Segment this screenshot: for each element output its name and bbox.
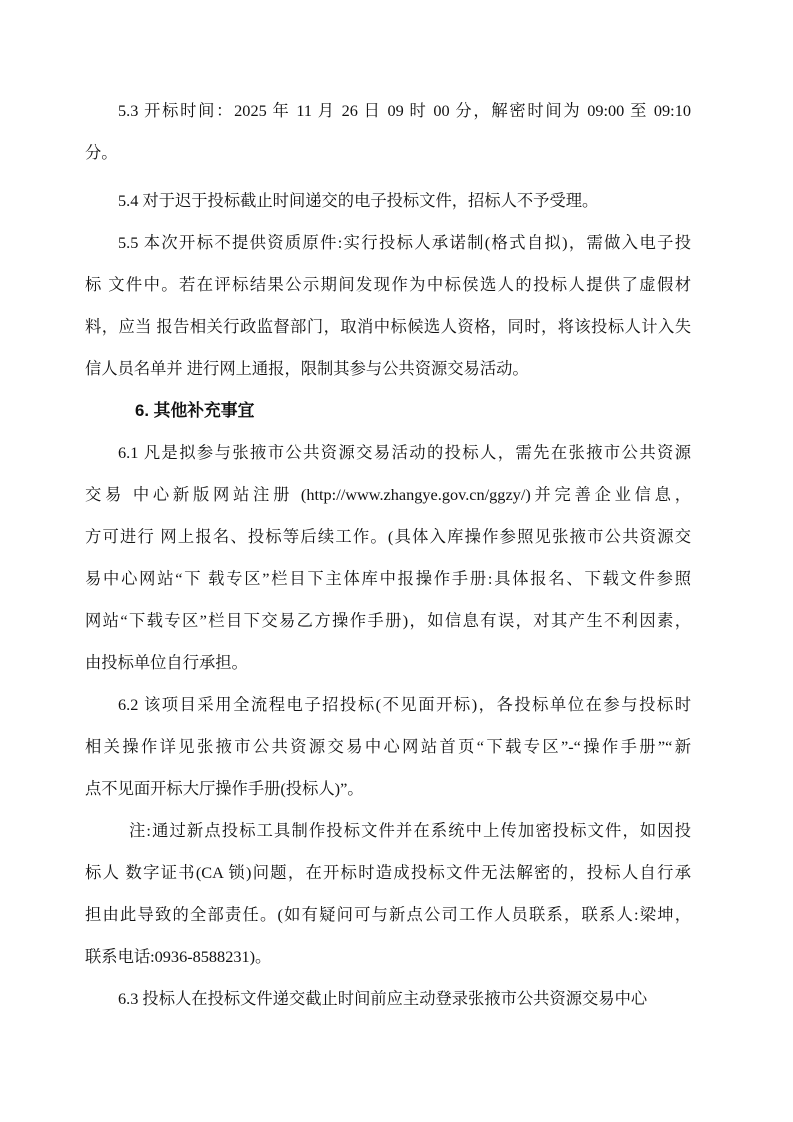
- text-line: 分。: [85, 132, 691, 174]
- text-line: 6.2 该项目采用全流程电子招投标(不见面开标)，各投标单位在参与投标时: [85, 684, 691, 726]
- text-line: 交易 中心新版网站注册 (http://www.zhangye.gov.cn/g…: [85, 474, 691, 516]
- text-line: 5.3 开标时间：2025 年 11 月 26 日 09 时 00 分，解密时间…: [85, 90, 691, 132]
- text-line: 网站“下载专区”栏目下交易乙方操作手册)，如信息有误，对其产生不利因素，: [85, 600, 691, 642]
- para-note-ca-lock: 注:通过新点投标工具制作投标文件并在系统中上传加密投标文件，如因投标人 数字证书…: [85, 810, 691, 978]
- para-6-1-registration: 6.1 凡是拟参与张掖市公共资源交易活动的投标人，需先在张掖市公共资源交易 中心…: [85, 432, 691, 684]
- text-line: 联系电话:0936-8588231)。: [85, 936, 691, 978]
- document-page: 5.3 开标时间：2025 年 11 月 26 日 09 时 00 分，解密时间…: [0, 0, 793, 1122]
- para-6-2-electronic-bidding: 6.2 该项目采用全流程电子招投标(不见面开标)，各投标单位在参与投标时相关操作…: [85, 684, 691, 810]
- para-5-3-opening-time: 5.3 开标时间：2025 年 11 月 26 日 09 时 00 分，解密时间…: [85, 90, 691, 174]
- text-line: 5.5 本次开标不提供资质原件:实行投标人承诺制(格式自拟)，需做入电子投: [85, 222, 691, 264]
- para-6-3-login-before-deadline: 6.3 投标人在投标文件递交截止时间前应主动登录张掖市公共资源交易中心: [85, 978, 691, 1020]
- text-line: 6.1 凡是拟参与张掖市公共资源交易活动的投标人，需先在张掖市公共资源: [85, 432, 691, 474]
- text-line: 标 文件中。若在评标结果公示期间发现作为中标侯选人的投标人提供了虚假材: [85, 264, 691, 306]
- text-line: 易中心网站“下 载专区”栏目下主体库中报操作手册:具体报名、下载文件参照: [85, 558, 691, 600]
- text-line: 点不见面开标大厅操作手册(投标人)”。: [85, 768, 691, 810]
- heading-6-other-matters: 6. 其他补充事宜: [85, 390, 691, 432]
- text-line: 由投标单位自行承担。: [85, 642, 691, 684]
- text-line: 6. 其他补充事宜: [85, 390, 691, 432]
- document-body: 5.3 开标时间：2025 年 11 月 26 日 09 时 00 分，解密时间…: [85, 90, 691, 1020]
- text-line: 注:通过新点投标工具制作投标文件并在系统中上传加密投标文件，如因投: [85, 810, 691, 852]
- text-line: 5.4 对于迟于投标截止时间递交的电子投标文件，招标人不予受理。: [85, 180, 691, 222]
- text-line: 方可进行 网上报名、投标等后续工作。(具体入库操作参照见张掖市公共资源交: [85, 516, 691, 558]
- para-5-4-late-submission: 5.4 对于迟于投标截止时间递交的电子投标文件，招标人不予受理。: [85, 180, 691, 222]
- text-line: 6.3 投标人在投标文件递交截止时间前应主动登录张掖市公共资源交易中心: [85, 978, 691, 1020]
- text-line: 信人员名单并 进行网上通报，限制其参与公共资源交易活动。: [85, 348, 691, 390]
- text-line: 料，应当 报告相关行政监督部门，取消中标候选人资格，同时，将该投标人计入失: [85, 306, 691, 348]
- text-line: 担由此导致的全部责任。(如有疑问可与新点公司工作人员联系，联系人:梁坤，: [85, 894, 691, 936]
- para-5-5-qualification-originals: 5.5 本次开标不提供资质原件:实行投标人承诺制(格式自拟)，需做入电子投标 文…: [85, 222, 691, 390]
- text-line: 标人 数字证书(CA 锁)问题，在开标时造成投标文件无法解密的，投标人自行承: [85, 852, 691, 894]
- text-line: 相关操作详见张掖市公共资源交易中心网站首页“下载专区”-“操作手册”“新: [85, 726, 691, 768]
